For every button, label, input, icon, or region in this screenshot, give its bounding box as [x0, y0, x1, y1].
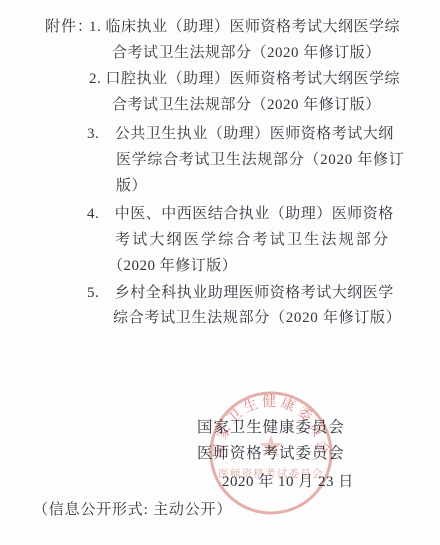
attachment-2-line-1: 2. 口腔执业（助理）医师资格考试大纲医学综 [89, 71, 400, 88]
attachment-4-line-1: 4. 中医、中西医结合执业（助理）医师资格 [87, 206, 394, 223]
attachment-5-line-2: 综合考试卫生法规部分（2020 年修订版） [113, 310, 401, 327]
document-page: 附件： 1. 临床执业（助理）医师资格考试大纲医学综 合考试卫生法规部分（202… [0, 0, 440, 545]
seal-ring [211, 393, 331, 513]
attachment-3-line-1: 3. 公共卫生执业（助理）医师资格考试大纲 [87, 126, 394, 143]
attachment-2-line-2: 合考试卫生法规部分（2020 年修订版） [112, 97, 381, 114]
seal-inner-text: 医师资格考试委员会 [218, 467, 323, 480]
attachment-4-line-3: （2020 年修订版） [108, 258, 237, 275]
disclosure-note: （信息公开形式: 主动公开） [33, 502, 232, 519]
official-seal: 国家卫生健康委员会 医师资格考试委员会 [208, 390, 334, 516]
attachment-3-line-3: 版） [116, 178, 147, 195]
attachment-label: 附件： [45, 19, 93, 36]
attachment-5-line-1: 5. 乡村全科执业助理医师资格考试大纲医学 [87, 285, 394, 302]
attachment-1-line-2: 合考试卫生法规部分（2020 年修订版） [112, 45, 381, 62]
attachment-3-line-2: 医学综合考试卫生法规部分（2020 年修订 [116, 152, 404, 169]
seal-star-icon [260, 435, 283, 457]
attachment-1-line-1: 1. 临床执业（助理）医师资格考试大纲医学综 [89, 19, 400, 36]
attachment-4-line-2: 考试大纲医学综合考试卫生法规部分 [115, 232, 390, 249]
